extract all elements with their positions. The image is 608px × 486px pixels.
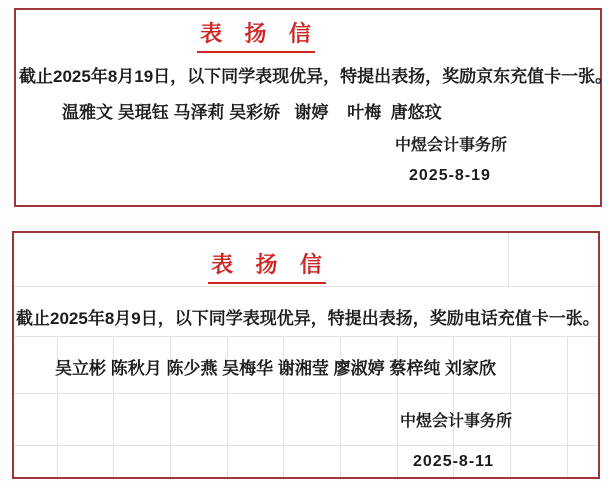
letter-2-date: 2025-8-11 xyxy=(413,453,494,471)
letter-2-title: 表 扬 信 xyxy=(208,248,326,284)
letter-1-signature: 中煜会计事务所 xyxy=(395,132,507,155)
letter-1-title-row: 表 扬 信 xyxy=(16,17,496,53)
letter-2-names: 吴立彬 陈秋月 陈少燕 吴梅华 谢湘莹 廖淑婷 蔡梓纯 刘家欣 xyxy=(55,354,496,379)
commendation-letter-1: 表 扬 信 截止2025年8月19日，以下同学表现优异，特提出表扬，奖励京东充值… xyxy=(14,8,602,207)
letter-1-title: 表 扬 信 xyxy=(197,17,315,53)
letter-1-date: 2025-8-19 xyxy=(409,167,491,185)
letter-1-body: 截止2025年8月19日，以下同学表现优异，特提出表扬，奖励京东充值卡一张。 xyxy=(19,62,608,87)
gridline-vertical xyxy=(510,336,511,477)
letter-2-body: 截止2025年8月9日，以下同学表现优异，特提出表扬，奖励电话充值卡一张。 xyxy=(16,304,600,329)
letter-1-names: 温雅文 吴琨钰 马泽莉 吴彩娇 谢婷 叶梅 唐悠玟 xyxy=(62,98,442,123)
letter-2-signature: 中煜会计事务所 xyxy=(400,408,512,431)
page: 表 扬 信 截止2025年8月19日，以下同学表现优异，特提出表扬，奖励京东充值… xyxy=(0,0,608,486)
gridline-horizontal xyxy=(14,286,598,287)
letter-2-title-row: 表 扬 信 xyxy=(14,248,520,284)
gridline-vertical xyxy=(567,336,568,477)
commendation-letter-2: 表 扬 信 截止2025年8月9日，以下同学表现优异，特提出表扬，奖励电话充值卡… xyxy=(12,231,600,479)
